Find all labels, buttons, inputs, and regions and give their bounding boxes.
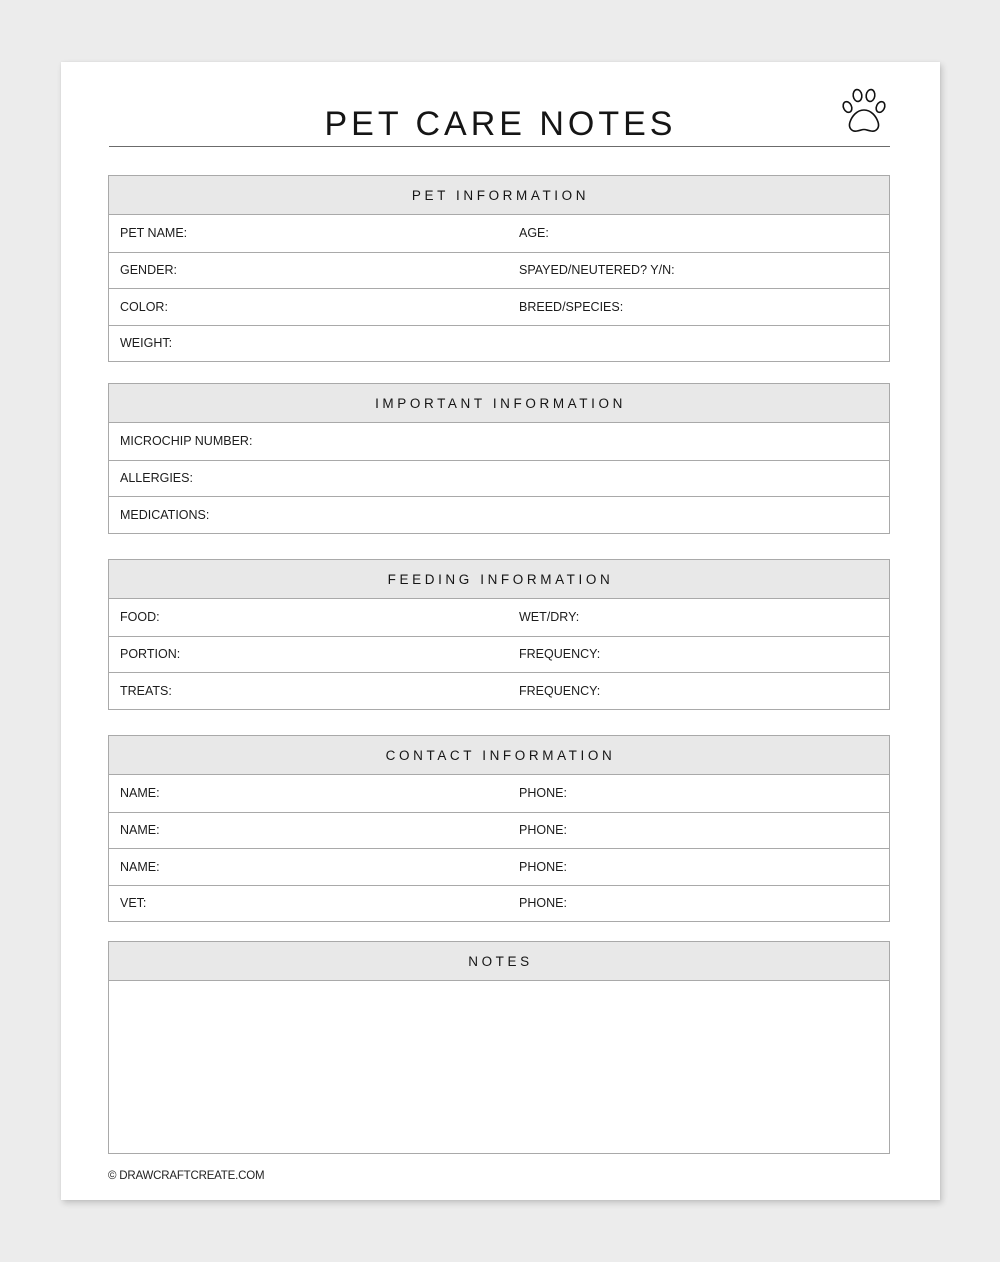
form-row[interactable]: ALLERGIES: — [109, 460, 889, 497]
color-field-label: COLOR: — [109, 300, 507, 314]
contact-name-field-label: NAME: — [109, 860, 507, 874]
form-row[interactable]: WEIGHT: — [109, 325, 889, 362]
title-divider — [109, 146, 890, 147]
section-heading: PET INFORMATION — [109, 176, 889, 215]
breed-species-field-label: BREED/SPECIES: — [507, 300, 623, 314]
feeding-information-rows: FOOD: WET/DRY: PORTION: FREQUENCY: TREAT… — [109, 599, 889, 709]
pet-name-field-label: PET NAME: — [109, 226, 507, 240]
form-row[interactable]: NAME: PHONE: — [109, 775, 889, 812]
feeding-information-section: FEEDING INFORMATION FOOD: WET/DRY: PORTI… — [108, 559, 890, 710]
spayed-neutered-field-label: SPAYED/NEUTERED? Y/N: — [507, 263, 675, 277]
copyright-footer: © DRAWCRAFTCREATE.COM — [108, 1170, 264, 1182]
gender-field-label: GENDER: — [109, 263, 507, 277]
microchip-number-field-label: MICROCHIP NUMBER: — [109, 434, 252, 448]
contact-phone-field-label: PHONE: — [507, 823, 567, 837]
medications-field-label: MEDICATIONS: — [109, 508, 209, 522]
form-row[interactable]: PORTION: FREQUENCY: — [109, 636, 889, 673]
allergies-field-label: ALLERGIES: — [109, 471, 193, 485]
weight-field-label: WEIGHT: — [109, 336, 507, 350]
contact-name-field-label: NAME: — [109, 786, 507, 800]
form-row[interactable]: FOOD: WET/DRY: — [109, 599, 889, 636]
form-row[interactable]: NAME: PHONE: — [109, 812, 889, 849]
printable-page: PET CARE NOTES PET INFORMATION PET NAME:… — [61, 62, 940, 1200]
form-row[interactable]: COLOR: BREED/SPECIES: — [109, 288, 889, 325]
portion-field-label: PORTION: — [109, 647, 507, 661]
section-heading: FEEDING INFORMATION — [109, 560, 889, 599]
vet-field-label: VET: — [109, 896, 507, 910]
form-row[interactable]: NAME: PHONE: — [109, 848, 889, 885]
important-information-rows: MICROCHIP NUMBER: ALLERGIES: MEDICATIONS… — [109, 423, 889, 533]
form-row[interactable]: MICROCHIP NUMBER: — [109, 423, 889, 460]
form-row[interactable]: VET: PHONE: — [109, 885, 889, 922]
pet-information-rows: PET NAME: AGE: GENDER: SPAYED/NEUTERED? … — [109, 215, 889, 361]
page-title: PET CARE NOTES — [61, 104, 940, 144]
contact-phone-field-label: PHONE: — [507, 860, 567, 874]
pet-information-section: PET INFORMATION PET NAME: AGE: GENDER: S… — [108, 175, 890, 362]
age-field-label: AGE: — [507, 226, 549, 240]
treats-field-label: TREATS: — [109, 684, 507, 698]
contact-information-rows: NAME: PHONE: NAME: PHONE: NAME: PHONE: V… — [109, 775, 889, 921]
section-heading: IMPORTANT INFORMATION — [109, 384, 889, 423]
section-heading: NOTES — [109, 942, 889, 981]
notes-area[interactable] — [109, 981, 889, 1153]
portion-frequency-field-label: FREQUENCY: — [507, 647, 600, 661]
contact-information-section: CONTACT INFORMATION NAME: PHONE: NAME: P… — [108, 735, 890, 922]
form-row[interactable]: TREATS: FREQUENCY: — [109, 672, 889, 709]
form-row[interactable]: PET NAME: AGE: — [109, 215, 889, 252]
contact-name-field-label: NAME: — [109, 823, 507, 837]
wet-dry-field-label: WET/DRY: — [507, 610, 579, 624]
important-information-section: IMPORTANT INFORMATION MICROCHIP NUMBER: … — [108, 383, 890, 534]
form-row[interactable]: GENDER: SPAYED/NEUTERED? Y/N: — [109, 252, 889, 289]
form-row[interactable]: MEDICATIONS: — [109, 496, 889, 533]
vet-phone-field-label: PHONE: — [507, 896, 567, 910]
paw-print-icon — [839, 86, 889, 136]
food-field-label: FOOD: — [109, 610, 507, 624]
contact-phone-field-label: PHONE: — [507, 786, 567, 800]
section-heading: CONTACT INFORMATION — [109, 736, 889, 775]
treats-frequency-field-label: FREQUENCY: — [507, 684, 600, 698]
notes-section: NOTES — [108, 941, 890, 1154]
